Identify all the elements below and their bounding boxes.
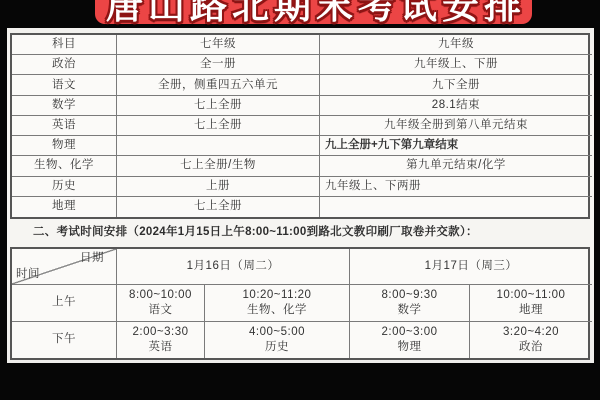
slot-time: 4:00~5:00 <box>249 326 305 339</box>
slot-time: 2:00~3:00 <box>382 326 438 339</box>
subject-cell: 地理 <box>12 197 117 217</box>
scope-cell: 九上全册+九下第九章结束 <box>320 136 592 156</box>
corner-date-label: 日期 <box>80 252 104 265</box>
scope-cell: 全册，侧重四五六单元 <box>117 75 320 95</box>
scope-cell: 七上全册 <box>117 197 320 217</box>
slot-subject: 地理 <box>519 304 543 317</box>
scope-cell: 全一册 <box>117 55 320 75</box>
subject-cell: 数学 <box>12 96 117 116</box>
slot-subject: 物理 <box>398 341 422 354</box>
scope-cell: 七上全册 <box>117 96 320 116</box>
page-title: 唐山路北期末考试安排 <box>101 0 526 29</box>
title-banner: 唐山路北期末考试安排 <box>95 0 532 24</box>
subject-cell: 政治 <box>12 55 117 75</box>
table-header-cell: 九年级 <box>320 35 592 55</box>
exam-slot: 2:00~3:00 物理 <box>350 322 470 359</box>
slot-time: 8:00~9:30 <box>382 289 438 302</box>
slot-time: 10:20~11:20 <box>243 289 312 302</box>
scope-cell: 七上全册/生物 <box>117 156 320 176</box>
exam-slot: 2:00~3:30 英语 <box>117 322 205 359</box>
slot-time: 10:00~11:00 <box>497 289 566 302</box>
screenshot-frame: 唐山路北期末考试安排 科目 七年级 九年级 政治 全一册 九年级上、下册 语文 … <box>0 0 600 400</box>
scope-cell: 七上全册 <box>117 116 320 136</box>
scope-cell <box>117 136 320 156</box>
document-sheet: 科目 七年级 九年级 政治 全一册 九年级上、下册 语文 全册，侧重四五六单元 … <box>7 28 594 363</box>
exam-slot: 10:00~11:00 地理 <box>470 285 592 322</box>
scope-cell: 28.1结束 <box>320 96 592 116</box>
slot-subject: 生物、化学 <box>247 304 307 317</box>
slot-subject: 政治 <box>519 341 543 354</box>
subject-scope-table: 科目 七年级 九年级 政治 全一册 九年级上、下册 语文 全册，侧重四五六单元 … <box>10 33 590 219</box>
period-label: 下午 <box>12 322 117 359</box>
exam-timetable: 日期 时间 1月16日（周二） 1月17日（周三） 上午 8:00~10:00 … <box>10 247 590 360</box>
exam-slot: 8:00~10:00 语文 <box>117 285 205 322</box>
slot-time: 3:20~4:20 <box>503 326 559 339</box>
scope-cell: 第九单元结束/化学 <box>320 156 592 176</box>
slot-time: 2:00~3:30 <box>133 326 189 339</box>
table-header-cell: 七年级 <box>117 35 320 55</box>
subject-cell: 物理 <box>12 136 117 156</box>
exam-slot: 4:00~5:00 历史 <box>205 322 350 359</box>
scope-cell: 上册 <box>117 177 320 197</box>
subject-cell: 生物、化学 <box>12 156 117 176</box>
exam-slot: 3:20~4:20 政治 <box>470 322 592 359</box>
slot-subject: 数学 <box>398 304 422 317</box>
slot-subject: 英语 <box>149 341 173 354</box>
exam-slot: 10:20~11:20 生物、化学 <box>205 285 350 322</box>
subject-cell: 语文 <box>12 75 117 95</box>
slot-subject: 语文 <box>149 304 173 317</box>
slot-time: 8:00~10:00 <box>129 289 192 302</box>
exam-slot: 8:00~9:30 数学 <box>350 285 470 322</box>
date-header-day1: 1月16日（周二） <box>117 249 350 285</box>
scope-cell: 九下全册 <box>320 75 592 95</box>
date-time-corner-cell: 日期 时间 <box>12 249 117 285</box>
period-label: 上午 <box>12 285 117 322</box>
date-header-day2: 1月17日（周三） <box>350 249 592 285</box>
scope-cell: 九年级上、下两册 <box>320 177 592 197</box>
table-header-cell: 科目 <box>12 35 117 55</box>
subject-cell: 英语 <box>12 116 117 136</box>
slot-subject: 历史 <box>265 341 289 354</box>
scope-cell <box>320 197 592 217</box>
corner-time-label: 时间 <box>16 268 40 281</box>
exam-time-caption: 二、考试时间安排（2024年1月15日上午8:00~11:00到路北文教印刷厂取… <box>10 223 590 239</box>
scope-cell: 九年级上、下册 <box>320 55 592 75</box>
subject-cell: 历史 <box>12 177 117 197</box>
scope-cell: 九年级全册到第八单元结束 <box>320 116 592 136</box>
